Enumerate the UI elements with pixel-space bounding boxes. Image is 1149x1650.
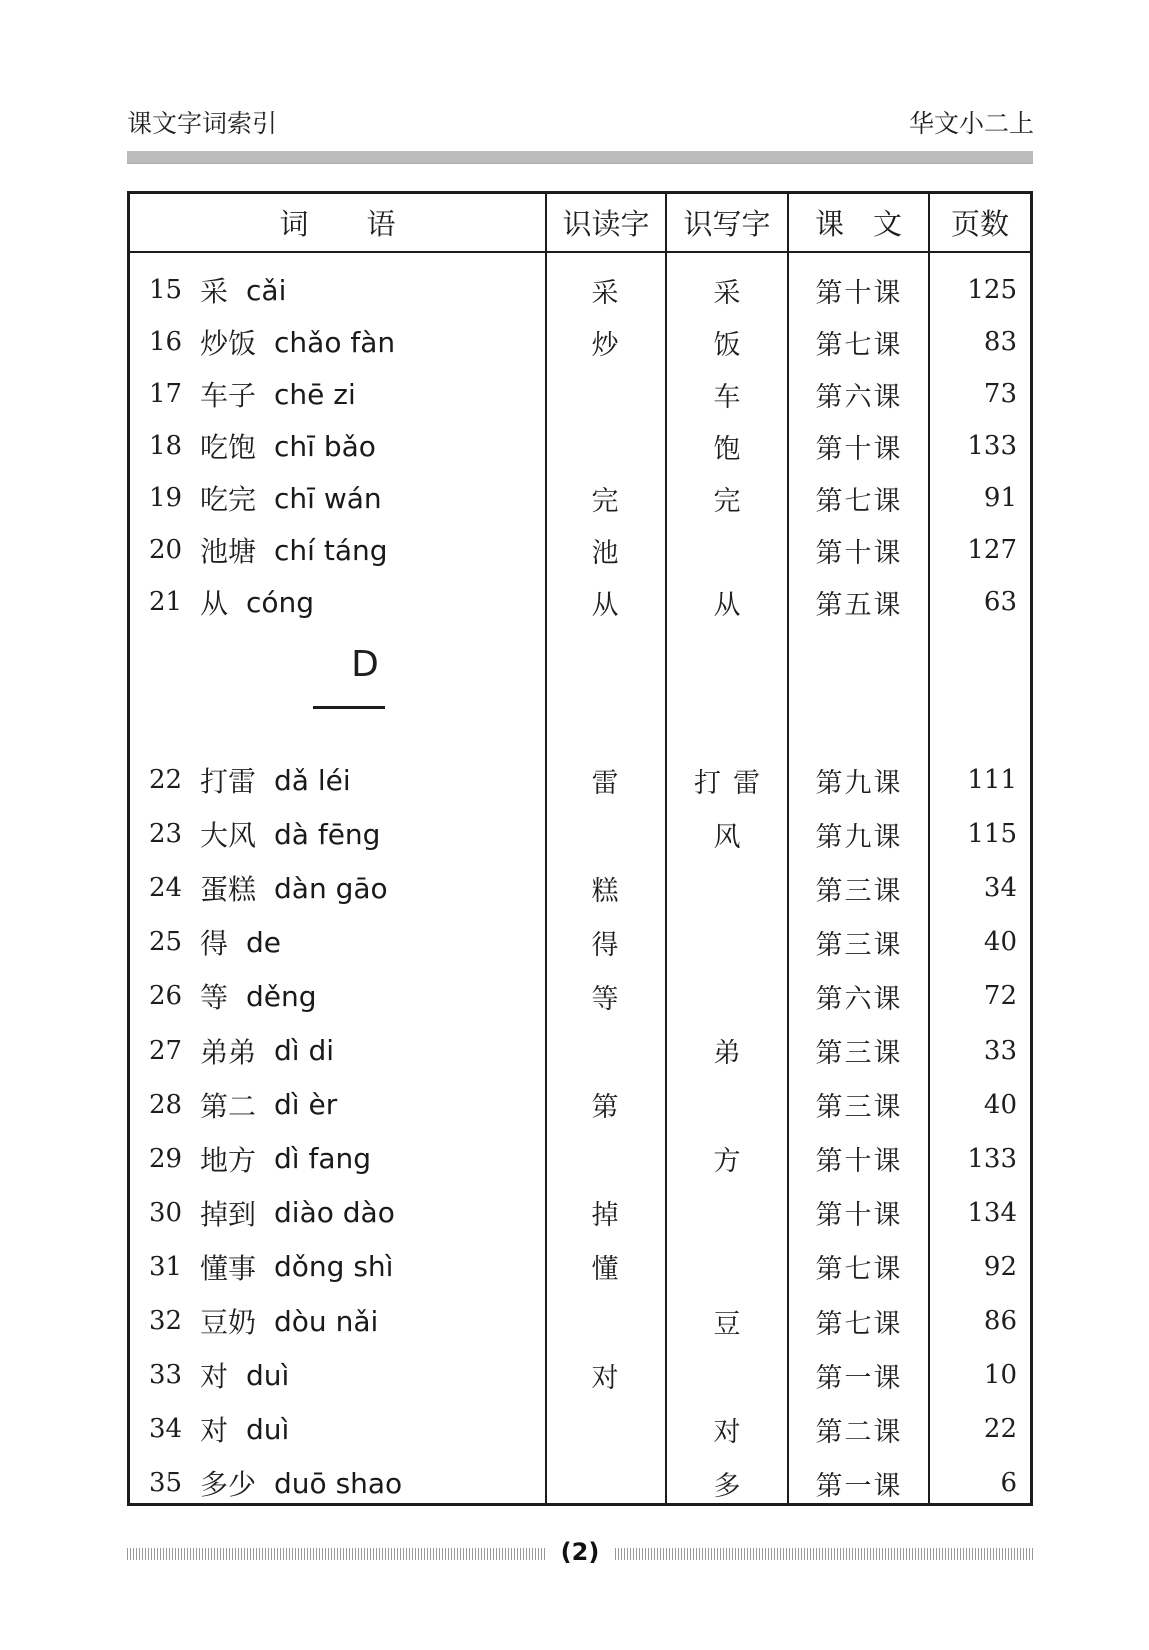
page-ref: 125 [931, 263, 1017, 317]
page-ref: 115 [931, 807, 1017, 861]
entry-number: 30 [149, 1186, 193, 1240]
read-char: 糕 [545, 861, 665, 915]
read-char: 采 [545, 263, 665, 317]
entry-word: 弟弟dì di [200, 1024, 334, 1078]
entry-number: 31 [149, 1240, 193, 1294]
read-char [545, 367, 665, 421]
read-char: 炒 [545, 315, 665, 369]
lesson: 第五课 [789, 575, 929, 629]
page-ref: 33 [931, 1024, 1017, 1078]
write-char [667, 915, 787, 969]
entry-hanzi: 地方 [200, 1139, 256, 1179]
table-row: 22打雷dǎ léi雷打雷第九课111 [130, 753, 1030, 807]
entry-hanzi: 对 [200, 1355, 228, 1395]
entry-pinyin: dǎ léi [274, 764, 351, 797]
table-row: 32豆奶dòu nǎi豆第七课86 [130, 1294, 1030, 1348]
entry-word: 对duì [200, 1402, 289, 1456]
read-char [545, 1132, 665, 1186]
page-ref: 134 [931, 1186, 1017, 1240]
read-char [545, 807, 665, 861]
page-ref: 63 [931, 575, 1017, 629]
read-char: 从 [545, 575, 665, 629]
entry-number: 35 [149, 1456, 193, 1510]
table-row: 30掉到diào dào掉第十课134 [130, 1186, 1030, 1240]
entry-number: 29 [149, 1132, 193, 1186]
write-char [667, 1240, 787, 1294]
entry-pinyin: chí táng [274, 534, 387, 567]
read-char [545, 1294, 665, 1348]
column-header-words: 词 语 [130, 194, 545, 251]
write-char [667, 523, 787, 577]
footer-dash-left [127, 1548, 545, 1560]
entry-word: 得de [200, 915, 281, 969]
entry-pinyin: duì [246, 1413, 289, 1446]
entry-number: 20 [149, 523, 193, 577]
write-char: 多 [667, 1456, 787, 1510]
table-row: 34对duì对第二课22 [130, 1402, 1030, 1456]
table-row: 16炒饭chǎo fàn炒饭第七课83 [130, 315, 1030, 369]
lesson: 第三课 [789, 915, 929, 969]
write-char: 风 [667, 807, 787, 861]
entry-hanzi: 得 [200, 922, 228, 962]
lesson: 第三课 [789, 1078, 929, 1132]
entry-pinyin: chǎo fàn [274, 326, 395, 359]
entry-number: 17 [149, 367, 193, 421]
page-ref: 133 [931, 419, 1017, 473]
entry-word: 等děng [200, 969, 317, 1023]
entry-hanzi: 多少 [200, 1463, 256, 1503]
table-row: 21从cóng从从第五课63 [130, 575, 1030, 629]
page-ref: 91 [931, 471, 1017, 525]
entry-pinyin: cǎi [246, 274, 286, 307]
vocabulary-index-table: 词 语 识读字 识写字 课 文 页数 D 15采cǎi采采第十课12516炒饭c… [127, 191, 1033, 1506]
lesson: 第三课 [789, 1024, 929, 1078]
entry-number: 22 [149, 753, 193, 807]
column-header-read-chars: 识读字 [547, 194, 665, 251]
entry-number: 25 [149, 915, 193, 969]
entry-word: 吃完chī wán [200, 471, 382, 525]
entry-pinyin: dàn gāo [274, 872, 388, 905]
write-char: 打雷 [667, 753, 787, 807]
page-footer: (2) [127, 1540, 1033, 1566]
write-char: 饭 [667, 315, 787, 369]
entry-number: 15 [149, 263, 193, 317]
entry-number: 26 [149, 969, 193, 1023]
write-char [667, 969, 787, 1023]
lesson: 第十课 [789, 263, 929, 317]
lesson: 第三课 [789, 861, 929, 915]
table-row: 20池塘chí táng池第十课127 [130, 523, 1030, 577]
entry-hanzi: 炒饭 [200, 322, 256, 362]
write-char: 豆 [667, 1294, 787, 1348]
entry-word: 对duì [200, 1348, 289, 1402]
write-char: 完 [667, 471, 787, 525]
write-char: 采 [667, 263, 787, 317]
read-char: 雷 [545, 753, 665, 807]
entry-number: 28 [149, 1078, 193, 1132]
entry-number: 23 [149, 807, 193, 861]
write-char: 对 [667, 1402, 787, 1456]
entry-hanzi: 吃饱 [200, 426, 256, 466]
entry-hanzi: 车子 [200, 374, 256, 414]
entry-word: 多少duō shao [200, 1456, 402, 1510]
lesson: 第十课 [789, 419, 929, 473]
entry-word: 吃饱chī bǎo [200, 419, 376, 473]
write-char [667, 861, 787, 915]
entry-hanzi: 弟弟 [200, 1031, 256, 1071]
read-char: 等 [545, 969, 665, 1023]
table-row: 23大风dà fēng风第九课115 [130, 807, 1030, 861]
entry-pinyin: duì [246, 1359, 289, 1392]
read-char: 对 [545, 1348, 665, 1402]
page-ref: 86 [931, 1294, 1017, 1348]
table-row: 26等děng等第六课72 [130, 969, 1030, 1023]
read-char: 第 [545, 1078, 665, 1132]
table-row: 28第二dì èr第第三课40 [130, 1078, 1030, 1132]
entry-pinyin: chī wán [274, 482, 382, 515]
page-ref: 22 [931, 1402, 1017, 1456]
entry-pinyin: dǒng shì [274, 1250, 393, 1283]
entry-word: 地方dì fang [200, 1132, 371, 1186]
entry-number: 32 [149, 1294, 193, 1348]
read-char: 掉 [545, 1186, 665, 1240]
table-row: 33对duì对第一课10 [130, 1348, 1030, 1402]
table-row: 29地方dì fang方第十课133 [130, 1132, 1030, 1186]
write-char: 弟 [667, 1024, 787, 1078]
entry-word: 炒饭chǎo fàn [200, 315, 395, 369]
entry-pinyin: dì èr [274, 1088, 337, 1121]
lesson: 第六课 [789, 969, 929, 1023]
lesson: 第九课 [789, 753, 929, 807]
table-row: 18吃饱chī bǎo饱第十课133 [130, 419, 1030, 473]
entry-word: 懂事dǒng shì [200, 1240, 393, 1294]
table-row: 25得de得第三课40 [130, 915, 1030, 969]
entry-number: 24 [149, 861, 193, 915]
entry-pinyin: chī bǎo [274, 430, 376, 463]
write-char: 从 [667, 575, 787, 629]
entry-hanzi: 大风 [200, 814, 256, 854]
read-char: 完 [545, 471, 665, 525]
page-ref: 111 [931, 753, 1017, 807]
entry-word: 掉到diào dào [200, 1186, 395, 1240]
read-char: 池 [545, 523, 665, 577]
lesson: 第十课 [789, 523, 929, 577]
entry-hanzi: 等 [200, 976, 228, 1016]
entry-pinyin: chē zi [274, 378, 356, 411]
footer-dash-right [615, 1548, 1033, 1560]
write-char: 车 [667, 367, 787, 421]
lesson: 第七课 [789, 471, 929, 525]
entry-pinyin: dì di [274, 1034, 334, 1067]
entry-hanzi: 懂事 [200, 1247, 256, 1287]
entry-number: 19 [149, 471, 193, 525]
header-divider-bar [127, 151, 1033, 164]
entry-number: 16 [149, 315, 193, 369]
write-char: 饱 [667, 419, 787, 473]
read-char [545, 419, 665, 473]
entry-hanzi: 池塘 [200, 530, 256, 570]
header-row-divider [130, 251, 1030, 253]
entry-hanzi: 采 [200, 270, 228, 310]
entry-word: 池塘chí táng [200, 523, 388, 577]
read-char [545, 1402, 665, 1456]
entry-pinyin: dòu nǎi [274, 1305, 378, 1338]
write-char [667, 1078, 787, 1132]
page-ref: 40 [931, 1078, 1017, 1132]
entry-word: 采cǎi [200, 263, 286, 317]
lesson: 第十课 [789, 1186, 929, 1240]
page-number: (2) [560, 1538, 600, 1566]
entry-hanzi: 对 [200, 1409, 228, 1449]
page-ref: 72 [931, 969, 1017, 1023]
entry-pinyin: duō shao [274, 1467, 402, 1500]
entry-number: 33 [149, 1348, 193, 1402]
section-underline [313, 706, 385, 709]
entry-number: 34 [149, 1402, 193, 1456]
section-letter: D [310, 644, 420, 685]
lesson: 第二课 [789, 1402, 929, 1456]
lesson: 第一课 [789, 1348, 929, 1402]
entry-word: 车子chē zi [200, 367, 356, 421]
write-char [667, 1348, 787, 1402]
entry-pinyin: diào dào [274, 1196, 395, 1229]
entry-hanzi: 从 [200, 582, 228, 622]
write-char: 方 [667, 1132, 787, 1186]
entry-pinyin: dà fēng [274, 818, 380, 851]
lesson: 第七课 [789, 315, 929, 369]
entry-word: 第二dì èr [200, 1078, 337, 1132]
entry-number: 18 [149, 419, 193, 473]
page-ref: 73 [931, 367, 1017, 421]
page-ref: 92 [931, 1240, 1017, 1294]
read-char [545, 1024, 665, 1078]
entry-hanzi: 吃完 [200, 478, 256, 518]
entry-hanzi: 打雷 [200, 760, 256, 800]
lesson: 第六课 [789, 367, 929, 421]
table-row: 31懂事dǒng shì懂第七课92 [130, 1240, 1030, 1294]
column-header-page: 页数 [930, 194, 1030, 251]
table-row: 19吃完chī wán完完第七课91 [130, 471, 1030, 525]
entry-word: 蛋糕dàn gāo [200, 861, 388, 915]
page-ref: 34 [931, 861, 1017, 915]
read-char [545, 1456, 665, 1510]
entry-hanzi: 掉到 [200, 1193, 256, 1233]
table-row: 15采cǎi采采第十课125 [130, 263, 1030, 317]
read-char: 得 [545, 915, 665, 969]
page-ref: 40 [931, 915, 1017, 969]
entry-pinyin: de [246, 926, 281, 959]
index-title: 课文字词索引 [127, 104, 277, 140]
lesson: 第十课 [789, 1132, 929, 1186]
table-row: 35多少duō shao多第一课6 [130, 1456, 1030, 1510]
entry-number: 27 [149, 1024, 193, 1078]
write-char [667, 1186, 787, 1240]
entry-hanzi: 第二 [200, 1085, 256, 1125]
table-row: 27弟弟dì di弟第三课33 [130, 1024, 1030, 1078]
lesson: 第九课 [789, 807, 929, 861]
entry-number: 21 [149, 575, 193, 629]
entry-pinyin: dì fang [274, 1142, 371, 1175]
entry-hanzi: 豆奶 [200, 1301, 256, 1341]
table-row: 24蛋糕dàn gāo糕第三课34 [130, 861, 1030, 915]
page-ref: 127 [931, 523, 1017, 577]
lesson: 第一课 [789, 1456, 929, 1510]
entry-word: 大风dà fēng [200, 807, 380, 861]
entry-word: 打雷dǎ léi [200, 753, 351, 807]
entry-pinyin: cóng [246, 586, 314, 619]
entry-pinyin: děng [246, 980, 317, 1013]
column-header-lesson: 课 文 [789, 194, 928, 251]
book-title: 华文小二上 [909, 104, 1034, 140]
page-ref: 133 [931, 1132, 1017, 1186]
page-ref: 83 [931, 315, 1017, 369]
table-row: 17车子chē zi车第六课73 [130, 367, 1030, 421]
lesson: 第七课 [789, 1294, 929, 1348]
lesson: 第七课 [789, 1240, 929, 1294]
entry-word: 从cóng [200, 575, 314, 629]
page-ref: 6 [931, 1456, 1017, 1510]
entry-word: 豆奶dòu nǎi [200, 1294, 378, 1348]
entry-hanzi: 蛋糕 [200, 868, 256, 908]
read-char: 懂 [545, 1240, 665, 1294]
column-header-write-chars: 识写字 [667, 194, 787, 251]
page-ref: 10 [931, 1348, 1017, 1402]
